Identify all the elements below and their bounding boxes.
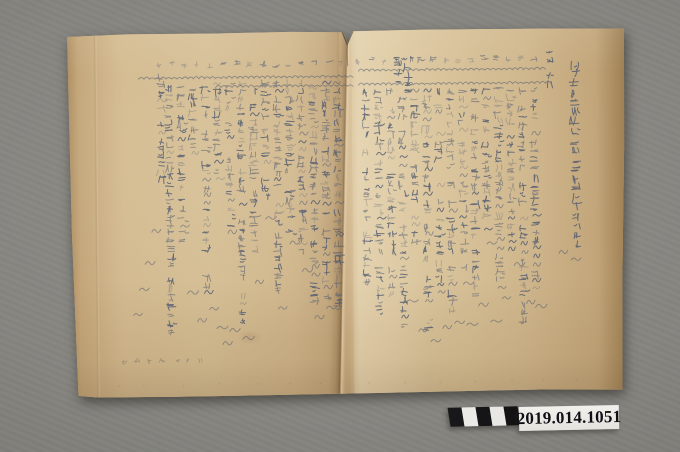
manuscript-spread [67,28,627,398]
bleed-through-dot [143,385,145,387]
photograph-backdrop: 2019.014.1051 [0,0,680,452]
bleed-through-dot [404,382,406,384]
bleed-through-dot [439,381,441,383]
bleed-through-dot [218,383,220,385]
bleed-through-dot [368,382,370,384]
catalog-number: 2019.014.1051 [517,407,622,429]
ink-stroke-group [361,51,583,331]
bleed-through-dot [474,381,476,383]
catalog-number-label: 2019.014.1051 [519,405,619,431]
ink-stroke-group [355,56,540,324]
handwriting-columns [116,51,584,387]
bleed-through-dot [289,383,291,385]
document-spread-shadow [0,0,680,452]
bleed-through-dot [543,380,545,382]
ink-stroke-group [131,59,355,346]
ink-stroke-group [358,54,582,342]
bleed-through-dot [511,380,513,382]
bleed-through-dot [119,385,121,387]
bleed-through-dot [257,383,259,385]
top-tear-notch [342,31,353,44]
manuscript-ink [67,28,627,398]
bleed-through-dot [182,385,184,387]
fold-tear-line [347,44,348,66]
bleed-through-dot [320,382,322,384]
ink-stroke-group [122,358,202,365]
bleed-through-dot [576,379,578,381]
photo-scale-bar [447,406,520,426]
ink-stroke-group [157,81,345,327]
